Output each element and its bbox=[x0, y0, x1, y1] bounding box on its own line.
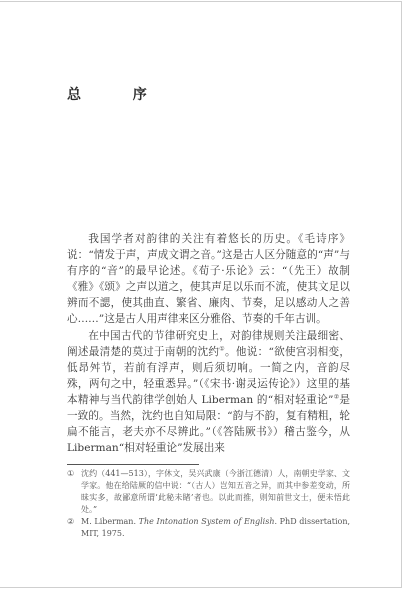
footnote-2-text: M. Liberman. The Intonation System of En… bbox=[81, 516, 350, 540]
footnote-2-author: M. Liberman. bbox=[81, 517, 139, 526]
footnote-2: ② M. Liberman. The Intonation System of … bbox=[67, 516, 350, 540]
footnote-2-mark: ② bbox=[67, 516, 81, 540]
footnote-divider bbox=[67, 464, 199, 465]
footnote-1-text: 沈约（441—513），字休文，吴兴武康（今浙江德清）人，南朝史学家、文学家。他… bbox=[81, 468, 350, 516]
document-page: 总 序 我国学者对韵律的关注有着悠长的历史。《毛诗序》说：“情发于声，声成文谓之… bbox=[0, 1, 402, 588]
page-title: 总 序 bbox=[67, 84, 161, 104]
footnote-1-mark: ① bbox=[67, 468, 81, 516]
footnote-1: ① 沈约（441—513），字休文，吴兴武康（今浙江德清）人，南朝史学家、文学家… bbox=[67, 468, 350, 516]
footnote-2-work-title: The Intonation System of English bbox=[139, 517, 275, 526]
paragraph-1: 我国学者对韵律的关注有着悠长的历史。《毛诗序》说：“情发于声，声成文谓之音。”这… bbox=[67, 231, 350, 328]
paragraph-1-text: 我国学者对韵律的关注有着悠长的历史。《毛诗序》说：“情发于声，声成文谓之音。”这… bbox=[67, 233, 350, 325]
footnotes: ① 沈约（441—513），字休文，吴兴武康（今浙江德清）人，南朝史学家、文学家… bbox=[67, 468, 350, 540]
paragraph-2: 在中国古代的节律研究史上，对韵律规则关注最细密、阐述最清楚的莫过于南朝的沈约①。… bbox=[67, 328, 350, 457]
body-text: 我国学者对韵律的关注有着悠长的历史。《毛诗序》说：“情发于声，声成文谓之音。”这… bbox=[67, 231, 350, 456]
